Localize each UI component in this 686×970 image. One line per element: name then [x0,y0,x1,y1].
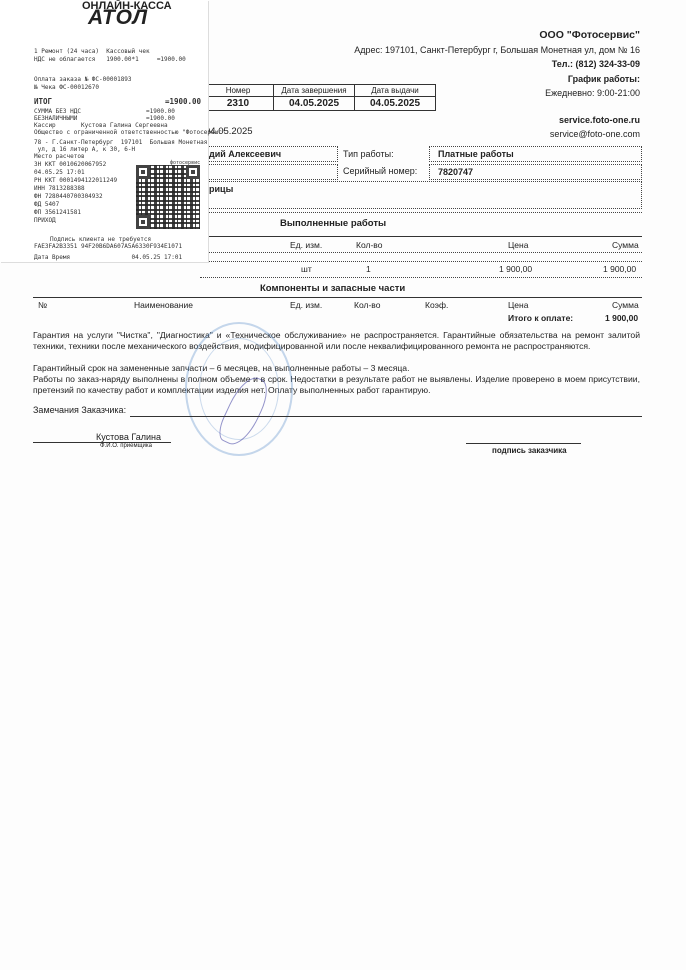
customer-caption: подпись заказчика [492,446,567,455]
company-address: Адрес: 197101, Санкт-Петербург г, Больша… [354,43,640,58]
receipt-line: № Чека ФС-00012670 [34,84,99,91]
remarks-line [130,416,642,417]
parts-title: Компоненты и запасные части [260,283,405,294]
parts-price-header: Цена [508,300,528,310]
work-type-label: Тип работы: [343,149,394,159]
serial-label: Серийный номер: [343,166,417,176]
divider [200,252,642,253]
client-extra-field [200,164,338,180]
receipt-line: ИНН 7813288388 [34,185,85,192]
parts-num-header: № [38,300,47,310]
terms-warranty: Гарантия на услуги "Чистка", "Диагностик… [33,330,640,352]
works-title: Выполненные работы [280,218,386,229]
atol-logo: АТОЛ [88,14,148,21]
receipt-line: Общество с ограниченной ответственностью… [34,129,225,136]
completion-date-header: Дата завершения [274,85,355,97]
order-number-header: Номер [203,85,274,97]
terms-acceptance: Работы по заказ-наряду выполнены в полно… [33,374,640,396]
parts-name-header: Наименование [134,300,193,310]
receipt-line: ЗН ККТ 0010620067952 [34,161,106,168]
receipt-line: 04.05.25 17:01 [34,169,85,176]
order-table: Номер Дата завершения Дата выдачи 2310 0… [202,84,436,111]
receiver-name: Кустова Галина [96,432,161,442]
receipt-line: ФН 7280440700304932 [34,193,103,200]
customer-signature-line [466,443,581,444]
parts-unit-header: Ед. изм. [290,300,322,310]
receipt-line: Дата Время 04.05.25 17:01 [34,254,182,261]
issue-date: 04.05.2025 [355,97,436,111]
order-number: 2310 [203,97,274,111]
works-unit-header: Ед. изм. [290,240,322,250]
receipt-line: ФД 5407 [34,201,59,208]
company-phone: Тел.: (812) 324-33-09 [354,57,640,72]
works-qty: 1 [366,264,371,274]
parts-qty-header: Кол-во [354,300,380,310]
works-unit: шт [301,264,312,274]
parts-sum-header: Сумма [612,300,639,310]
divider [200,277,642,278]
work-type-field: Платные работы [429,146,642,162]
receipt-line: ФП 3561241581 [34,209,81,216]
divider [200,212,642,213]
receipt-line: FAE3FA2B3351 94F20B6DA607A5A6330F934E107… [34,243,182,250]
works-price: 1 900,00 [499,264,532,274]
receipt-line: ПРИХОД [34,217,56,224]
receipt-line: 1 Ремонт (24 часа) Кассовый чек [34,48,150,55]
receipt-line: ИТОГ =1900.00 [34,98,201,105]
divider [200,236,642,237]
company-name: ООО "Фотосервис" [354,28,640,43]
client-name-field: дий Алексеевич [200,146,338,162]
divider [200,261,642,262]
qr-code [136,165,200,229]
works-price-header: Цена [508,240,528,250]
total-amount: 1 900,00 [605,313,638,323]
receipt-line: НДС не облагается 1900.00*1 =1900.00 [34,56,186,63]
parts-coef-header: Коэф. [425,300,448,310]
receiver-caption: Ф.И.О. приемщика [100,443,152,449]
receipt-line: Место расчетов [34,153,85,160]
receipt-line: РН ККТ 0001494122011249 [34,177,117,184]
works-sum-header: Сумма [612,240,639,250]
issue-date-header: Дата выдачи [355,85,436,97]
description-field: рицы [200,181,642,209]
company-email: service@foto-one.com [354,127,640,142]
completion-date: 04.05.2025 [274,97,355,111]
remarks-label: Замечания Заказчика: [33,405,126,415]
company-website: service.foto-one.ru [354,113,640,128]
receipt-line: Оплата заказа № ФС-00001893 [34,76,132,83]
cash-receipt: ОНЛАЙН-КАССА АТОЛ 1 Ремонт (24 часа) Кас… [0,0,208,262]
terms-period: Гарантийный срок на замененные запчасти … [33,363,640,374]
works-sum: 1 900,00 [603,264,636,274]
serial-field: 7820747 [429,164,642,180]
divider [33,297,642,298]
total-label: Итого к оплате: [508,313,573,323]
works-qty-header: Кол-во [356,240,382,250]
